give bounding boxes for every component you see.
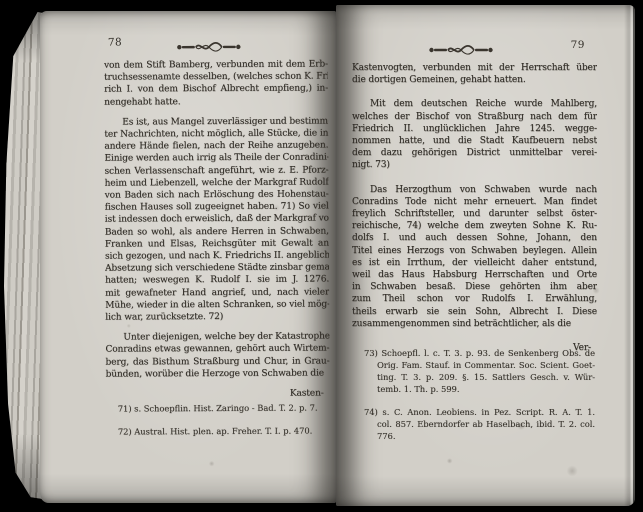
left-page-footnotes: 71) s. Schoepflin. Hist. Zaringo - Bad. … bbox=[118, 401, 328, 448]
text-line: mit gewafneter Hand angrief, und, nach v… bbox=[105, 286, 329, 299]
text-line: Mit dem deutschen Reiche wurde Mahlberg, bbox=[352, 98, 597, 110]
text-line: lich war, zurücksetzte. 72) bbox=[105, 310, 329, 323]
paragraph: Unter diejenigen, welche bey der Katastr… bbox=[105, 331, 329, 381]
text-line: 73) Schoepfl. l. c. T. 3. p. 93. de Senk… bbox=[364, 347, 595, 359]
right-page: 79 Kastenvogten, verbunden mit der Herrs… bbox=[336, 5, 635, 506]
text-line: dolfs I. und auch dessen Sohne, Johann, … bbox=[352, 232, 597, 244]
text-line: Conradins Tode nicht mehr erneuert. Man … bbox=[352, 196, 597, 208]
text-line: bünden, worüber die Herzoge von Schwaben… bbox=[106, 367, 330, 380]
text-line: Franken und Elsas, Reichsgüter mit Gewal… bbox=[105, 237, 329, 250]
left-page-header: 78 bbox=[104, 35, 328, 50]
paragraph: Mit dem deutschen Reiche wurde Mahlberg,… bbox=[352, 98, 597, 171]
paragraph: Es ist, aus Mangel zuverlässiger und bes… bbox=[104, 115, 329, 324]
text-line: 74) s. C. Anon. Leobiens. in Pez. Script… bbox=[364, 406, 595, 418]
text-line: 72) Austral. Hist. plen. ap. Freher. T. … bbox=[118, 424, 328, 437]
text-line: von Baden sich nach Erlöschung des Hohen… bbox=[105, 188, 329, 201]
text-line: nommen hatte, und die Stadt Kaufbeuern n… bbox=[352, 135, 597, 147]
text-line: truchsessenamte desselben, (welches scho… bbox=[104, 71, 328, 84]
text-line: Baden so wohl, als andere Herren in Schw… bbox=[105, 225, 329, 238]
footnote: 73) Schoepfl. l. c. T. 3. p. 93. de Senk… bbox=[364, 347, 595, 395]
text-line: temb. 1. Th. p. 599. bbox=[364, 383, 595, 395]
text-line: theils erwarb sie sein Sohn, Albrecht I.… bbox=[352, 306, 597, 318]
text-line: Absetzung sich verschiedene Städte zinsb… bbox=[105, 262, 329, 275]
text-line: reichische, 74) welche dem zweyten Sohne… bbox=[352, 220, 597, 232]
headpiece-ornament-icon bbox=[176, 38, 242, 57]
text-line: Mühe, wieder in die alten Schranken, so … bbox=[105, 298, 329, 311]
left-page: 78 von dem Stift Bambe bbox=[40, 11, 336, 503]
text-line: Orig. Fam. Stauf. in Commentar. Soc. Sci… bbox=[364, 359, 595, 371]
text-line: berg, das Bisthum Straßburg und Chur, in… bbox=[105, 355, 329, 368]
catchword: Kasten- bbox=[106, 387, 330, 400]
text-line: Einige werden auch irrig als Theile der … bbox=[104, 152, 328, 165]
text-line: andere Hände fielen, nach der Reihe anzu… bbox=[104, 140, 328, 153]
paragraph: Das Herzogthum von Schwaben wurde nachCo… bbox=[352, 184, 597, 330]
text-line: schen Verlassenschaft angeführt, wie z. … bbox=[104, 164, 328, 177]
text-line: 776. bbox=[364, 430, 595, 442]
right-page-body: Kastenvogten, verbunden mit der Herrscha… bbox=[352, 62, 597, 354]
text-line: Kastenvogten, verbunden mit der Herrscha… bbox=[352, 62, 597, 74]
footnote: 71) s. Schoepflin. Hist. Zaringo - Bad. … bbox=[118, 401, 328, 414]
page-number: 79 bbox=[571, 39, 585, 51]
text-line: Es ist, aus Mangel zuverlässiger und bes… bbox=[104, 115, 328, 128]
text-line: dem dazu gehörigen District unmittelbar … bbox=[352, 147, 597, 159]
headpiece-ornament-icon bbox=[428, 41, 494, 60]
text-line: hatten; weswegen K. Rudolf I. sie im J. … bbox=[105, 274, 329, 287]
text-line: sich gezogen, und nach K. Friedrichs II.… bbox=[105, 249, 329, 262]
footnote: 74) s. C. Anon. Leobiens. in Pez. Script… bbox=[364, 406, 595, 442]
text-line: zum Theil schon vor Rudolfs I. Erwählung… bbox=[352, 293, 597, 305]
paragraph: Kastenvogten, verbunden mit der Herrscha… bbox=[352, 62, 597, 86]
right-page-header: 79 bbox=[352, 39, 597, 53]
text-line: col. 857. Eberndorfer ab Haselbach, ibid… bbox=[364, 418, 595, 430]
footnote: 72) Austral. Hist. plen. ap. Freher. T. … bbox=[118, 424, 328, 437]
text-line: ting. T. 3. p. 209. §. 15. Sattlers Gesc… bbox=[364, 371, 595, 383]
page-number: 78 bbox=[108, 36, 122, 48]
left-page-content: 78 von dem Stift Bambe bbox=[104, 35, 330, 498]
text-line: weil das Haus Habsburg Herrschaften und … bbox=[352, 269, 597, 281]
text-line: Friedrich II. unglücklichen Jahre 1245. … bbox=[352, 123, 597, 135]
text-line: fischen Hauses soll zugeeignet haben. 71… bbox=[105, 201, 329, 214]
text-line: 71) s. Schoepflin. Hist. Zaringo - Bad. … bbox=[118, 401, 328, 414]
text-line: freylich Schriftsteller, und darunter se… bbox=[352, 208, 597, 220]
text-line: es ist ein Irrthum, der vielleicht daher… bbox=[352, 257, 597, 269]
text-line: heim und Liebenzell, welche der Markgraf… bbox=[105, 176, 329, 189]
text-line: ist indessen doch erweislich, daß der Ma… bbox=[105, 213, 329, 226]
text-line: welches der Bischof von Straßburg nach d… bbox=[352, 111, 597, 123]
book-scan: 78 von dem Stift Bambe bbox=[0, 0, 643, 512]
text-line: rich I. von dem Bischof Albrecht empfien… bbox=[104, 83, 328, 96]
right-page-content: 79 Kastenvogten, verbunden mit der Herrs… bbox=[352, 39, 597, 499]
text-line: nigt. 73) bbox=[352, 159, 597, 171]
text-line: Titel eines Herzogs von Schwaben beylege… bbox=[352, 245, 597, 257]
text-line: in Schwaben besaß. Diese gehörten ihm ab… bbox=[352, 281, 597, 293]
text-line: von dem Stift Bamberg, verbunden mit dem… bbox=[104, 58, 328, 71]
paragraph: von dem Stift Bamberg, verbunden mit dem… bbox=[104, 58, 328, 108]
right-page-footnotes: 73) Schoepfl. l. c. T. 3. p. 93. de Senk… bbox=[364, 347, 595, 453]
text-line: Das Herzogthum von Schwaben wurde nach bbox=[352, 184, 597, 196]
text-line: nengehabt hatte. bbox=[104, 95, 328, 108]
text-line: ter Nachrichten, nicht möglich, alle Stü… bbox=[104, 127, 328, 140]
text-line: Unter diejenigen, welche bey der Katastr… bbox=[105, 331, 329, 344]
text-line: die dortigen Gemeinen, gehabt hatten. bbox=[352, 74, 597, 86]
left-page-body: von dem Stift Bamberg, verbunden mit dem… bbox=[104, 58, 330, 400]
text-line: Conradins etwas gewannen, gehört auch Wi… bbox=[105, 343, 329, 356]
text-line: zusammengenommen sind beträchtlicher, al… bbox=[352, 318, 597, 330]
